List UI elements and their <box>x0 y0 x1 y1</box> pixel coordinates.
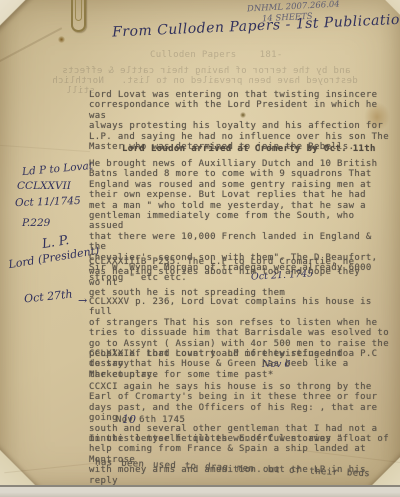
ghost-text-line-mirrored: destroyed have been prevailed on to list… <box>52 76 358 86</box>
typed-paragraph-lp-to-cromartie: CCLXXXIIIB P235. The L.F to Lord Cromart… <box>89 257 391 299</box>
ghost-text-line: Culloden Papers 181- <box>150 50 283 60</box>
margin-arrow-icon: → <box>78 294 87 307</box>
margin-note-cclxxvii: CCLXXVII <box>17 180 71 192</box>
margin-note-page-229: P.229 <box>22 217 50 229</box>
stain <box>58 36 65 43</box>
typed-paragraph-market-place: CCLXXXIX. Lord Lovat to LP more twisting… <box>89 349 391 380</box>
scanned-document-page: Culloden Papers 181- and by the terror o… <box>0 0 400 497</box>
underlying-sheet-edge <box>0 485 400 497</box>
typed-heading-loudon-arrival: Lord Loudon arrived at Cromerty by Oct. … <box>122 144 400 154</box>
paperclip <box>71 0 84 32</box>
paperclip-inner-wire <box>75 0 82 21</box>
torn-corner-top-left <box>0 0 56 58</box>
typed-dateline-nov-1745: Nov 6th 1745 <box>116 415 400 425</box>
margin-note-date: Oct 11/1745 <box>15 195 81 209</box>
ghost-text-line-mirrored: and by the terror of having their cattle… <box>62 66 350 76</box>
fold-corner-bottom-left <box>0 431 62 493</box>
